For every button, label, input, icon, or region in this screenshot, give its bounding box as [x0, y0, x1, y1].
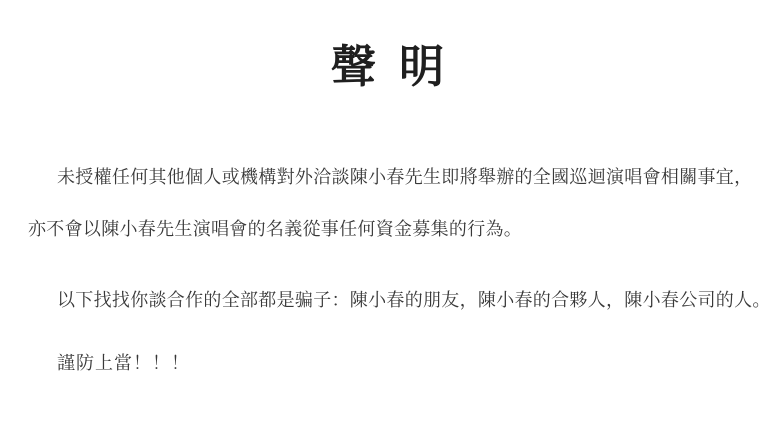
statement-title: 聲 明	[0, 42, 781, 94]
paragraph-1-line-1: 未授權任何其他個人或機構對外洽談陳小春先生即將舉辦的全國巡迴演唱會相關事宜，	[28, 166, 752, 188]
paragraph-3-warning: 謹防上當！！！	[28, 352, 190, 374]
paragraph-2-scammer-list: 以下找找你談合作的全部都是骗子：陳小春的朋友，陳小春的合夥人，陳小春公司的人。	[28, 289, 771, 311]
paragraph-1-line-2: 亦不會以陳小春先生演唱會的名義從事任何資金募集的行為。	[28, 218, 522, 240]
statement-document: 聲 明 未授權任何其他個人或機構對外洽談陳小春先生即將舉辦的全國巡迴演唱會相關事…	[0, 0, 781, 421]
